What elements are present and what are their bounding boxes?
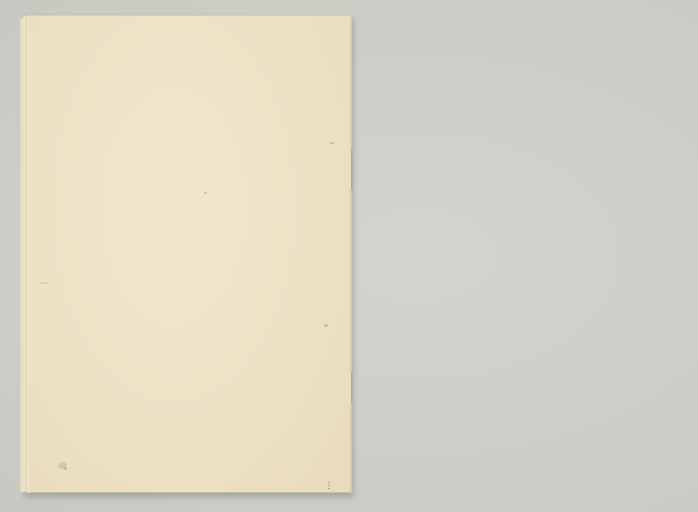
foxing-spot	[324, 324, 328, 327]
foxing-spot	[330, 142, 334, 144]
page-edge-tab	[348, 372, 351, 402]
pencil-annotation: ···	[326, 448, 348, 490]
booklet-cover	[30, 16, 350, 492]
foxing-spot	[204, 192, 207, 194]
page-edge-tab	[348, 150, 351, 190]
foxing-spot	[64, 467, 67, 470]
foxing-spot	[38, 282, 50, 284]
